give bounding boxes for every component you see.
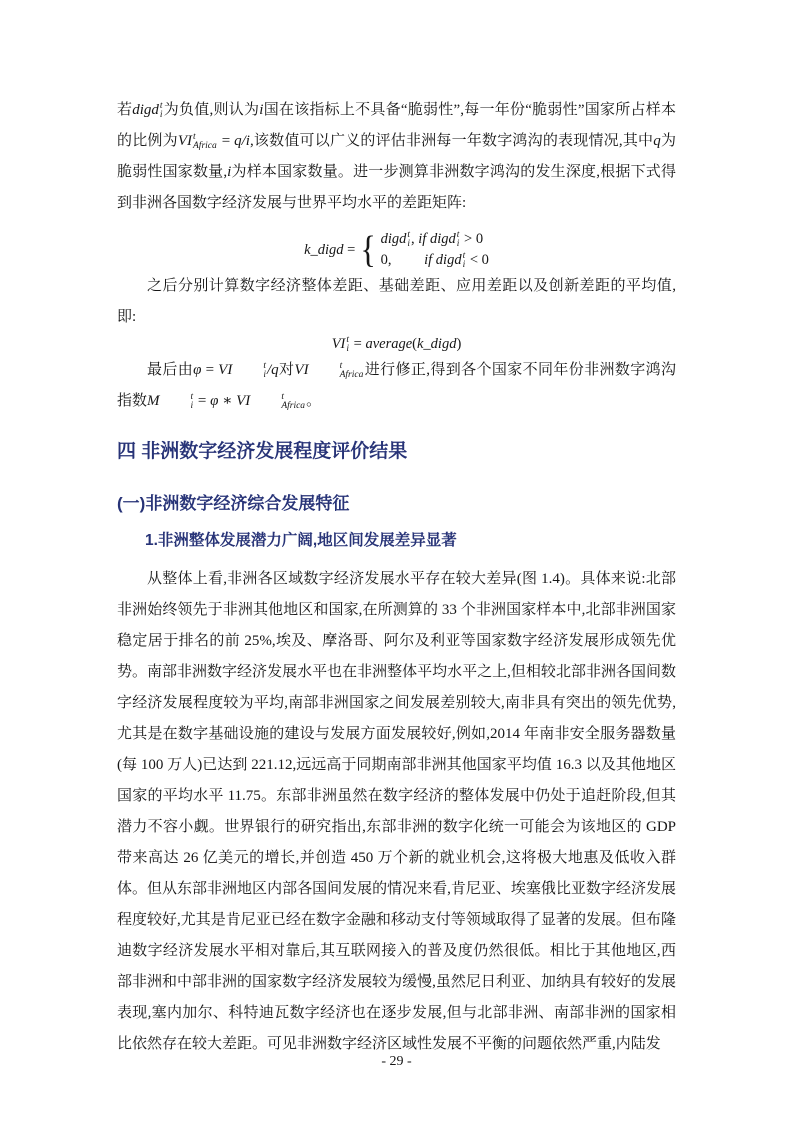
formula-k-digd: k_digd = { digdti, if digdti > 0 0, if d…	[117, 229, 676, 271]
formula-k-digd-lhs: k_digd =	[304, 242, 355, 259]
formula-case-negative: 0, if digdti < 0	[381, 250, 489, 271]
subsubsection-heading-regional-differences: 1.非洲整体发展潜力广阔,地区间发展差异显著	[145, 530, 676, 552]
document-page: 若digdti为负值,则认为i国在该指标上不具备“脆弱性”,每一年份“脆弱性”国…	[0, 0, 793, 1122]
formula-k-digd-cases: digdti, if digdti > 0 0, if digdti < 0	[381, 229, 489, 271]
page-content: 若digdti为负值,则认为i国在该指标上不具备“脆弱性”,每一年份“脆弱性”国…	[117, 95, 676, 1060]
paragraph-correction-index: 最后由φ = VIti/q对VItAfrica进行修正,得到各个国家不同年份非洲…	[117, 355, 676, 417]
page-number: - 29 -	[0, 1048, 793, 1076]
subsection-heading-comprehensive-features: (一)非洲数字经济综合发展特征	[117, 492, 676, 516]
formula-vi-average: VIti = average(k_digd)	[117, 334, 676, 355]
formula-vi-average-body: VIti = average(k_digd)	[332, 334, 462, 355]
left-brace-symbol: {	[361, 229, 377, 271]
paragraph-regional-overview: 从整体上看,非洲各区域数字经济发展水平存在较大差异(图 1.4)。具体来说:北部…	[117, 564, 676, 1060]
paragraph-fragility-definition: 若digdti为负值,则认为i国在该指标上不具备“脆弱性”,每一年份“脆弱性”国…	[117, 95, 676, 219]
section-heading-chapter4: 四 非洲数字经济发展程度评价结果	[117, 439, 676, 465]
formula-case-positive: digdti, if digdti > 0	[381, 229, 489, 250]
paragraph-average-gaps: 之后分别计算数字经济整体差距、基础差距、应用差距以及创新差距的平均值,即:	[117, 271, 676, 333]
